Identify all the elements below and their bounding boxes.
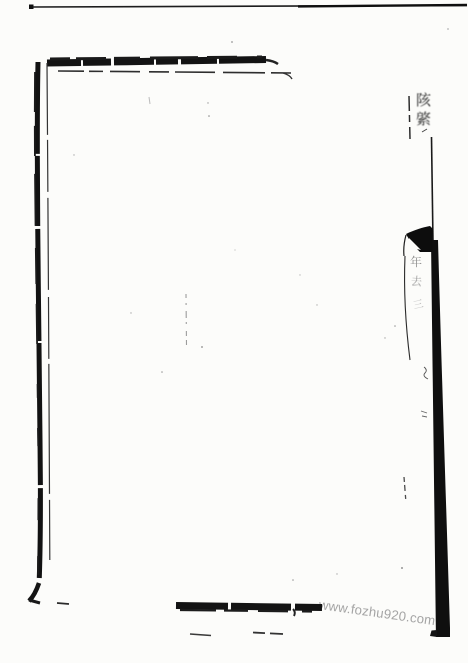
spine-dashed-segment bbox=[404, 477, 406, 503]
frame-bottom-ragged bbox=[180, 610, 312, 612]
spine-char-sideline bbox=[409, 96, 410, 139]
spine-dot bbox=[401, 567, 403, 569]
spine-thin-line bbox=[432, 137, 434, 242]
frame-left-border bbox=[29, 62, 69, 604]
frame-bottom-subdash-2 bbox=[253, 633, 283, 635]
frame-top-thick bbox=[47, 60, 266, 64]
frame-left-bottom-dash bbox=[57, 603, 69, 604]
frame-top-ragged bbox=[50, 57, 262, 59]
top-rule-start-block bbox=[29, 5, 34, 10]
spine-heavy-bar bbox=[431, 240, 450, 637]
frame-top-border bbox=[47, 57, 292, 79]
dust-speck bbox=[394, 325, 396, 327]
dust-speck bbox=[208, 115, 210, 117]
spine-tick-marks bbox=[421, 411, 427, 417]
dust-speck bbox=[73, 154, 74, 155]
frame-bottom-subdash-1 bbox=[190, 634, 211, 636]
dust-speck bbox=[292, 579, 294, 581]
frame-left-ragged bbox=[35, 72, 39, 575]
ink-blot-tail bbox=[404, 235, 406, 256]
frame-left-thick bbox=[37, 62, 40, 586]
frame-left-bottom-foot bbox=[29, 600, 40, 603]
pencil-mark-1: 年 bbox=[410, 253, 422, 270]
spine-column bbox=[401, 96, 450, 637]
spine-top-tick bbox=[422, 129, 427, 132]
ink-layer bbox=[0, 0, 468, 663]
frame-bottom-border bbox=[176, 606, 322, 636]
frame-top-underline bbox=[58, 71, 291, 73]
top-rule-line bbox=[33, 5, 467, 7]
scan-dust bbox=[73, 41, 396, 581]
scanned-book-page: www.fozhu920.com bbox=[0, 0, 468, 663]
dust-speck bbox=[207, 102, 208, 103]
dust-speck bbox=[384, 337, 385, 338]
ink-blot-notch bbox=[409, 238, 421, 250]
margin-character-bottom: 綮 bbox=[416, 112, 432, 128]
margin-character-top: 陔 bbox=[416, 93, 431, 108]
frame-left-thin bbox=[47, 63, 50, 604]
dust-speck bbox=[316, 304, 317, 305]
center-speck-2 bbox=[161, 371, 163, 373]
top-rule-line-right bbox=[298, 5, 467, 6]
ink-blot-flag bbox=[406, 226, 433, 252]
center-dotted-line bbox=[186, 294, 187, 346]
dust-speck bbox=[231, 41, 233, 43]
watermark-text: www.fozhu920.com bbox=[318, 597, 436, 628]
frame-bottom-thick bbox=[176, 606, 322, 608]
top-edge-smudge bbox=[447, 28, 449, 30]
dust-speck bbox=[234, 249, 235, 250]
pencil-mark-3: 三 bbox=[412, 295, 425, 312]
frame-top-underline-hook bbox=[283, 73, 292, 79]
dust-dash bbox=[149, 97, 150, 104]
spine-diagonal-hairline bbox=[405, 256, 410, 360]
center-speck-3 bbox=[130, 312, 131, 313]
center-speck-1 bbox=[201, 346, 203, 348]
top-edge-rule bbox=[29, 5, 467, 31]
pencil-mark-2: 去 bbox=[410, 273, 422, 290]
center-fold-marks bbox=[130, 294, 203, 373]
frame-top-tail bbox=[266, 60, 278, 64]
spine-squiggle bbox=[424, 367, 428, 379]
frame-bottom-comma bbox=[293, 609, 295, 616]
spine-bar-foot bbox=[430, 630, 437, 637]
dust-speck bbox=[336, 573, 337, 574]
frame-left-bottom-hook bbox=[29, 583, 39, 601]
dust-speck bbox=[299, 274, 300, 275]
